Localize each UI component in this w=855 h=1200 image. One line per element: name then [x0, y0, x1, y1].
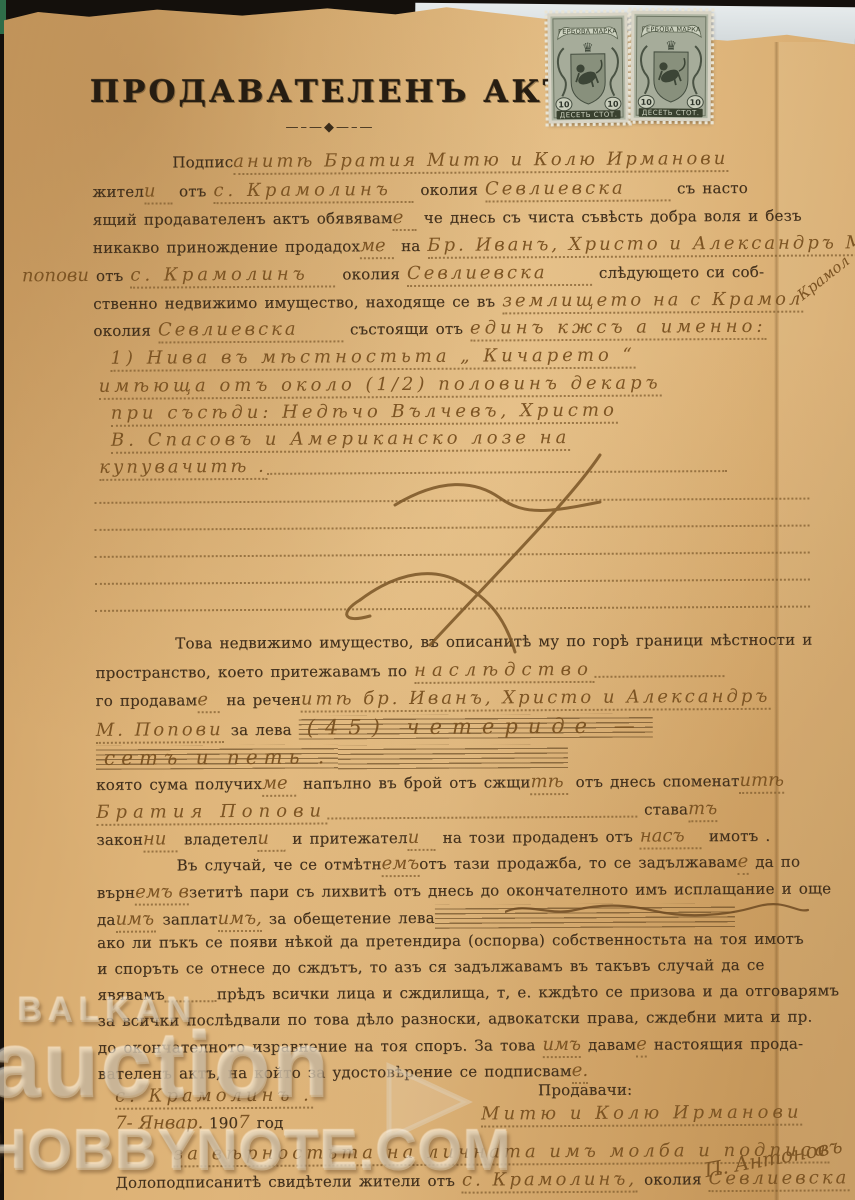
- document-line: никакво принождение продадохме на Бр. Ив…: [93, 232, 855, 261]
- stamp-value-left: 10: [558, 100, 570, 109]
- printed-text: го продавам: [96, 691, 198, 710]
- document-line: законни владетели и притежатели на този …: [96, 825, 770, 853]
- printed-text: околия: [335, 265, 407, 283]
- handwritten-text: (45) четериде —: [299, 714, 653, 740]
- document-line: В. Спасовъ и Американско лозе на: [111, 427, 570, 454]
- ruled-blank: [94, 483, 809, 504]
- handwritten-text: насъ: [640, 825, 702, 849]
- printed-text: околия: [93, 322, 158, 340]
- handwritten-text: Севлиевска: [709, 1167, 850, 1192]
- handwritten-text: сетъ и петь .: [96, 744, 338, 769]
- handwritten-text: ни: [143, 828, 177, 852]
- document-line: имѣюща отъ около (1/2) половинъ декаръ: [99, 372, 662, 399]
- handwritten-text: тъ: [688, 798, 717, 822]
- printed-text: ящий продавателенъ актъ обявявам: [93, 209, 393, 229]
- document-line: [94, 509, 809, 537]
- handwritten-text: Севлиевска: [485, 177, 670, 202]
- document-line: [95, 536, 810, 564]
- handwritten-text: е: [636, 1034, 647, 1058]
- watermark-hobbynote: HOBBYNOTE.COM: [0, 1118, 512, 1184]
- stamp-banner-text: ГЕРБОВА МАРКА: [642, 25, 701, 33]
- document-line: Подписанитѣ Братия Митю и Колю Ирманови: [172, 148, 728, 175]
- printed-text: отъ днесь споменат: [569, 772, 740, 791]
- handwritten-text: тѣ: [531, 771, 569, 795]
- printed-text: отъ тази продажба, то се задължавам: [419, 853, 737, 873]
- printed-text: Това недвижимо имущество, въ описанитѣ м…: [175, 631, 812, 653]
- printed-text: настоящия прода-: [647, 1035, 803, 1054]
- ruled-blank: [435, 903, 735, 929]
- printed-text: Продавачи:: [538, 1081, 632, 1100]
- stamp-value-left: 10: [641, 98, 653, 107]
- printed-text: да: [97, 911, 116, 929]
- printed-text: за лева: [224, 721, 299, 739]
- document-line: ящий продавателенъ актъ обявяваме че дне…: [93, 205, 802, 233]
- printed-text: прѣдъ всички лица и сждилища, т, е. кждѣ…: [217, 981, 839, 1003]
- printed-text: и притежател: [285, 829, 407, 848]
- printed-text: отъ: [172, 182, 214, 200]
- handwritten-text: анитѣ Братия Митю и Колю Ирманови: [233, 148, 728, 175]
- printed-text: Въ случай, че се отмѣтн: [177, 855, 382, 874]
- handwritten-text: емъ в: [135, 881, 189, 905]
- handwritten-text: е: [197, 689, 219, 713]
- printed-text: зетитѣ пари съ лихвитѣ отъ днесь до окон…: [189, 879, 831, 901]
- document-line: жители отъ с. Крамолинъ околия Севлиевск…: [92, 177, 748, 205]
- handwritten-text: Митю и Колю Ирманови: [481, 1102, 803, 1128]
- printed-text: Подпис: [172, 153, 233, 171]
- document-line: и споръть се отнесе до сждътъ, то азъ ся…: [97, 955, 764, 983]
- printed-text: околия: [637, 1170, 709, 1188]
- handwritten-text: наслѣдство: [414, 659, 594, 684]
- document-line: ственно недвижимо имущество, находяще се…: [93, 289, 803, 317]
- document-line: даимъ заплатимъ, за обещетение лева: [97, 903, 735, 931]
- document-line: Митю и Колю Ирманови: [481, 1102, 803, 1128]
- document-line: сетъ и петь .: [96, 743, 568, 770]
- handwritten-text: ме: [262, 773, 296, 797]
- document-line: околия Севлиевска състоящи отъ единъ кжс…: [93, 316, 766, 344]
- printed-text: околия: [413, 181, 485, 199]
- document-line: купувачитѣ .: [99, 453, 727, 481]
- handwritten-text: итѣ бр. Иванъ, Христо и Александръ: [301, 686, 771, 713]
- printed-text: закон: [96, 831, 143, 849]
- printed-text: никакво принождение продадох: [93, 237, 360, 257]
- stamp-denomination: ДЕСЕТЬ СТОТ.: [642, 109, 700, 117]
- document-line: която сума получихме напълно въ брой отъ…: [96, 770, 784, 798]
- ruled-blank: [338, 744, 568, 769]
- handwritten-text: имъ: [115, 909, 155, 933]
- handwritten-text: с. Крамолинъ: [130, 263, 335, 288]
- printed-text: имотъ .: [702, 827, 771, 845]
- handwritten-text: Крамол: [794, 252, 853, 304]
- ruled-blank: [95, 591, 810, 612]
- document-line: [95, 563, 810, 591]
- ruled-blank: [327, 801, 637, 820]
- handwritten-text: ме: [360, 235, 394, 259]
- printed-text: заплат: [155, 910, 217, 928]
- handwritten-text: имъ,: [218, 908, 262, 932]
- document-line: Крамол: [793, 251, 855, 308]
- printed-text: давам: [581, 1036, 636, 1054]
- document-line: Въ случай, че се отмѣтнемъотъ тази прода…: [177, 851, 801, 879]
- handwritten-text: е: [393, 207, 417, 231]
- handwritten-text: и: [144, 180, 172, 204]
- handwritten-text: единъ кжсъ а именно:: [470, 316, 767, 342]
- handwritten-text: попови: [22, 265, 89, 286]
- printed-text: слѣдующето си соб-: [592, 263, 764, 282]
- ruled-blank: [267, 455, 727, 475]
- printed-text: която сума получих: [96, 775, 262, 794]
- printed-text: на: [394, 237, 427, 255]
- printed-text: състоящи отъ: [343, 320, 470, 339]
- handwritten-text: имѣюща отъ около (1/2) половинъ декаръ: [99, 372, 662, 399]
- printed-text: и споръть се отнесе до сждътъ, то азъ ся…: [97, 956, 764, 978]
- document-line: М. Попови за лева (45) четериде —: [96, 714, 653, 741]
- stamp-denomination: ДЕСЕТЬ СТОТ.: [560, 111, 618, 120]
- document-line: го продаваме на реченитѣ бр. Иванъ, Хрис…: [96, 686, 771, 714]
- handwritten-text: емъ: [382, 853, 420, 877]
- handwritten-text: итѣ: [739, 770, 784, 794]
- document-line: Продавачи:: [538, 1080, 632, 1105]
- printed-text: става: [637, 800, 688, 818]
- document-line: 1) Нива въ мѣстностьта „ Кичарето “: [110, 345, 635, 372]
- handwritten-text: М. Попови: [96, 719, 224, 744]
- printed-text: върн: [97, 884, 135, 902]
- printed-text: съ насто: [670, 179, 748, 197]
- handwritten-text: купувачитѣ .: [99, 456, 267, 481]
- handwritten-text: имъ: [542, 1034, 581, 1058]
- handwritten-text: е: [737, 851, 748, 875]
- handwritten-text: Севлиевска: [407, 262, 592, 287]
- printed-text: напълно въ брой отъ сжщи: [296, 773, 531, 792]
- document-line: явявамъпрѣдъ всички лица и сждилища, т, …: [97, 980, 839, 1009]
- handwritten-text: 1) Нива въ мѣстностьта „ Кичарето “: [110, 345, 635, 372]
- document-line: пространство, което притежавамъ по наслѣ…: [95, 658, 724, 686]
- watermark-auction: auction: [0, 1014, 331, 1119]
- document-line: Братия Попови ставатъ: [96, 798, 717, 826]
- document-line: ако ли пъкъ се появи нѣкой да претендира…: [97, 929, 804, 957]
- printed-text: на този продаденъ отъ: [436, 828, 640, 847]
- handwritten-text: Братия Попови: [96, 800, 327, 825]
- document-line: [95, 590, 810, 618]
- document-line: попови отъ с. Крамолинъ околия Севлиевск…: [22, 261, 764, 290]
- ruled-blank: [594, 660, 724, 678]
- printed-text: че днесь съ чиста съвѣсть добра воля и б…: [417, 207, 802, 227]
- printed-text: да по: [748, 853, 800, 871]
- document-line: върнемъ взетитѣ пари съ лихвитѣ отъ днес…: [97, 877, 832, 905]
- printed-text: отъ: [89, 267, 131, 285]
- printed-text: ственно недвижимо имущество, находяще се…: [93, 292, 502, 312]
- handwritten-text: Севлиевска: [158, 318, 343, 343]
- handwritten-text: землището на с Крамол: [502, 289, 803, 315]
- handwritten-text: при съсѣди: Недѣчо Вълчевъ, Христо: [111, 400, 618, 427]
- printed-text: владетел: [177, 830, 257, 848]
- printed-text: на речен: [219, 691, 301, 709]
- printed-text: пространство, което притежавамъ по: [95, 662, 414, 682]
- stamp-banner-text: ГЕРБОВА МАРКА: [558, 27, 617, 36]
- revenue-stamp: ГЕРБОВА МАРКА ♛ 10 10 ДЕСЕТЬ СТОТ.: [631, 11, 712, 122]
- document-line: при съсѣди: Недѣчо Вълчевъ, Христо: [111, 400, 618, 427]
- stamp-value-right: 10: [607, 100, 619, 109]
- printed-text: ако ли пъкъ се появи нѣкой да претендира…: [97, 930, 804, 952]
- document-line: Това недвижимо имущество, въ описанитѣ м…: [175, 630, 812, 658]
- handwritten-text: с. Крамолинъ: [213, 179, 413, 204]
- handwritten-text: В. Спасовъ и Американско лозе на: [111, 427, 570, 454]
- ruled-blank: [94, 510, 809, 531]
- ruled-blank: [95, 564, 810, 585]
- stamp-value-right: 10: [690, 98, 702, 107]
- printed-text: жител: [92, 183, 144, 201]
- revenue-stamp: ГЕРБОВА МАРКА ♛ 10 10 ДЕСЕТЬ СТОТ.: [547, 13, 628, 124]
- printed-text: за обещетение лева: [262, 909, 435, 928]
- document-scan: ПРОДАВАТЕЛЕНЪ АКТЪ —–—◆—–— Подписанитѣ Б…: [0, 0, 855, 1200]
- ruled-blank: [95, 537, 810, 558]
- handwritten-text: Бр. Иванъ, Христо и Александръ М.: [427, 232, 855, 259]
- document-line: [94, 482, 809, 510]
- handwritten-text: и: [408, 827, 436, 851]
- handwritten-text: и: [257, 828, 285, 852]
